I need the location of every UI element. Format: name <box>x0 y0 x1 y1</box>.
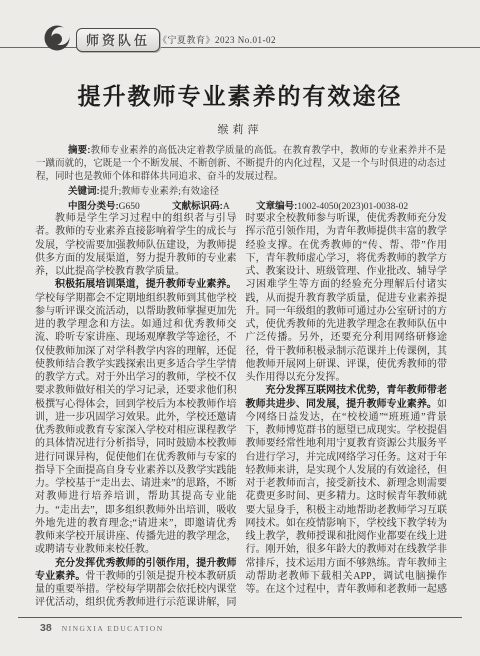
keywords: 关键词:提升;教师专业素养;有效途径 <box>36 185 446 199</box>
journal-issue-info: 《宁夏教育》2023 No.01-02 <box>158 33 276 46</box>
column-badge-label: 师资队伍 <box>86 33 150 48</box>
paragraph-training-channels: 积极拓展培训渠道，提升教师专业素养。学校每学期都会不定期地组织教师到其他学校参与… <box>35 278 237 556</box>
header-divider <box>0 47 480 48</box>
page-number: 38 <box>40 622 52 634</box>
clc-number: 中图分类号:G650 <box>68 202 140 212</box>
article-meta: 摘要:教师专业素养的高低决定着教学质量的高低。在教育教学中，教师的专业素养并不是… <box>36 144 446 214</box>
page-footer: 38 NINGXIA EDUCATION <box>40 622 164 634</box>
journal-page: 师资队伍 《宁夏教育》2023 No.01-02 提升教师专业素养的有效途径 缑… <box>0 0 480 656</box>
journal-name: NINGXIA EDUCATION <box>62 624 164 633</box>
footer-divider <box>18 617 462 618</box>
abstract-text: 教师专业素养的高低决定着教学质量的高低。在教育教学中，教师的专业素养并不是一蹴而… <box>36 146 446 182</box>
article-id: 文章编号:1002-4050(2023)01-0038-02 <box>256 202 408 212</box>
paragraph-intro: 教师是学生学习过程中的组织者与引导者。教师的专业素养直接影响着学生的成长与发展，… <box>35 212 237 278</box>
keywords-text: 提升;教师专业素养;有效途径 <box>100 187 219 197</box>
article-author: 缑莉萍 <box>0 121 480 137</box>
article-title: 提升教师专业素养的有效途径 <box>0 78 480 111</box>
article-body: 教师是学生学习过程中的组织者与引导者。教师的专业素养直接影响着学生的成长与发展，… <box>35 212 447 610</box>
journal-logo-icon <box>44 25 70 51</box>
document-code: 文献标识码:A <box>172 202 230 212</box>
abstract: 摘要:教师专业素养的高低决定着教学质量的高低。在教育教学中，教师的专业素养并不是… <box>36 144 446 184</box>
keywords-label: 关键词: <box>68 186 100 197</box>
column-badge: 师资队伍 <box>76 28 160 52</box>
abstract-label: 摘要: <box>68 145 90 156</box>
